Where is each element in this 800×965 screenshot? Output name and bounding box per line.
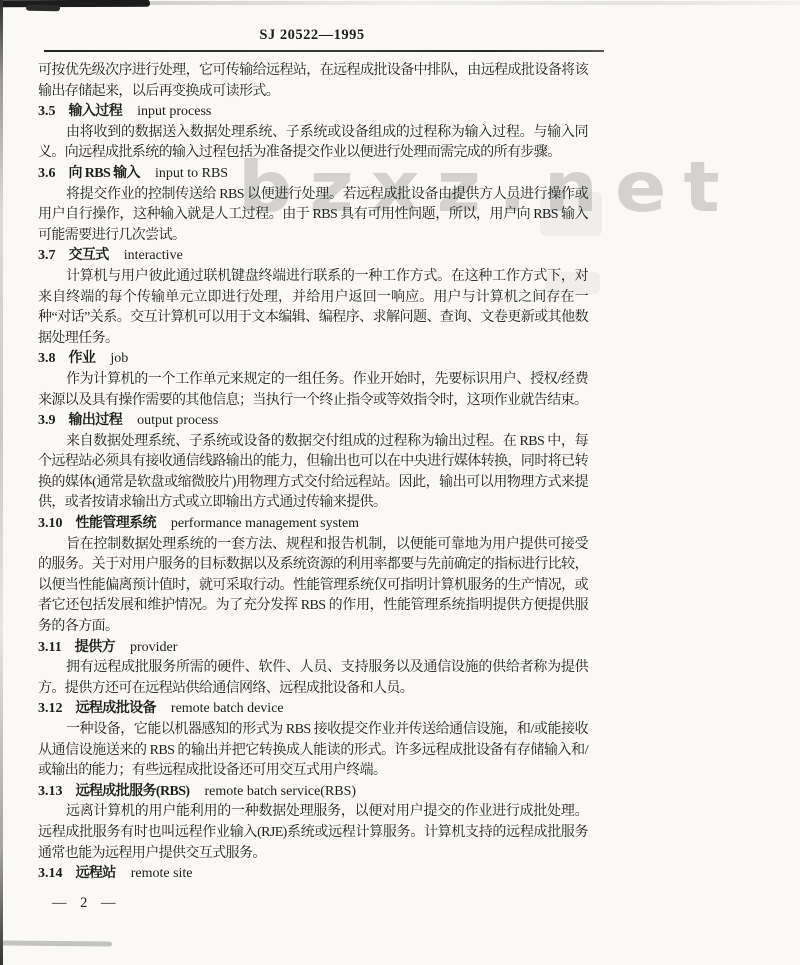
term-heading: 3.11提供方provider: [38, 638, 588, 659]
term-number: 3.6: [38, 166, 56, 181]
term-english: input process: [137, 104, 211, 119]
term-chinese: 远程站: [76, 866, 116, 881]
term-english: remote batch service(RBS): [204, 784, 356, 799]
term-english: interactive: [124, 248, 183, 263]
term-definition: 由将收到的数据送入数据处理系统、子系统或设备组成的过程称为输入过程。与输入同义。…: [38, 123, 588, 164]
term-heading: 3.14远程站remote site: [38, 864, 588, 885]
term-number: 3.9: [38, 413, 56, 428]
term-number: 3.7: [38, 248, 56, 263]
term-number: 3.11: [38, 640, 62, 655]
scan-artifact-top-blob: [26, 5, 60, 12]
term-definition: 来自数据处理系统、子系统或设备的数据交付组成的过程称为输出过程。在 RBS 中，…: [38, 432, 588, 514]
term-number: 3.8: [38, 351, 56, 366]
scan-artifact-left-edge: [0, 0, 3, 965]
term-definition: 作为计算机的一个工作单元来规定的一组任务。作业开始时，先要标识用户、授权/经费来…: [38, 370, 588, 411]
term-heading: 3.6向 RBS 输入input to RBS: [38, 164, 588, 185]
term-english: remote batch device: [171, 701, 284, 716]
term-chinese: 远程成批设备: [76, 701, 156, 716]
term-number: 3.5: [38, 104, 56, 119]
term-definition: 将提交作业的控制传送给 RBS 以便进行处理。若远程成批设备由提供方人员进行操作…: [38, 185, 588, 247]
term-number: 3.13: [38, 784, 63, 799]
page-number: — 2 —: [52, 895, 118, 912]
term-chinese: 提供方: [75, 640, 115, 655]
term-definition: 拥有远程成批服务所需的硬件、软件、人员、支持服务以及通信设施的供给者称为提供方。…: [38, 658, 588, 699]
term-chinese: 交互式: [69, 248, 109, 263]
term-chinese: 远程成批服务(RBS): [76, 784, 190, 799]
term-english: output process: [137, 413, 218, 428]
term-chinese: 输出过程: [69, 413, 123, 428]
term-heading: 3.12远程成批设备remote batch device: [38, 699, 588, 720]
term-number: 3.12: [38, 701, 63, 716]
term-english: performance management system: [171, 516, 359, 531]
term-english: input to RBS: [155, 166, 228, 181]
term-chinese: 性能管理系统: [76, 516, 156, 531]
term-heading: 3.10性能管理系统performance management system: [38, 514, 588, 535]
term-number: 3.14: [38, 866, 63, 881]
scan-artifact-top-smudge: [0, 0, 150, 7]
term-heading: 3.13远程成批服务(RBS)remote batch service(RBS): [38, 782, 588, 803]
document-body: 可按优先级次序进行处理，它可传输给远程站，在远程成批设备中排队，由远程成批设备将…: [38, 61, 588, 885]
term-definition: 旨在控制数据处理系统的一套方法、规程和报告机制，以便能可靠地为用户提供可接受的服…: [38, 535, 588, 638]
term-heading: 3.8作业job: [38, 349, 588, 370]
term-chinese: 作业: [69, 351, 96, 366]
term-english: provider: [130, 640, 177, 655]
term-definition: 一种设备，它能以机器感知的形式为 RBS 接收提交作业并传送给通信设施，和/或能…: [38, 720, 588, 782]
term-english: job: [110, 351, 128, 366]
scan-artifact-top-streak: [150, 1, 800, 5]
standard-number-header: SJ 20522—1995: [38, 27, 586, 44]
term-number: 3.10: [38, 516, 63, 531]
term-chinese: 输入过程: [69, 104, 123, 119]
term-english: remote site: [131, 866, 193, 881]
term-entries: 3.5输入过程input process由将收到的数据送入数据处理系统、子系统或…: [38, 102, 588, 885]
term-definition: 远离计算机的用户能利用的一种数据处理服务，以便对用户提交的作业进行成批处理。远程…: [38, 802, 588, 864]
continuation-paragraph: 可按优先级次序进行处理，它可传输给远程站，在远程成批设备中排队，由远程成批设备将…: [38, 61, 588, 102]
scanned-page: SJ 20522—1995 bzxz.net 可按优先级次序进行处理，它可传输给…: [0, 0, 800, 965]
term-definition: 计算机与用户彼此通过联机键盘终端进行联系的一种工作方式。在这种工作方式下，对来自…: [38, 267, 588, 349]
term-heading: 3.5输入过程input process: [38, 102, 588, 123]
term-chinese: 向 RBS 输入: [69, 166, 140, 181]
term-heading: 3.7交互式interactive: [38, 246, 588, 267]
scan-artifact-bottom-smudge: [2, 940, 112, 946]
header-rule: [44, 50, 604, 52]
term-heading: 3.9输出过程output process: [38, 411, 588, 432]
